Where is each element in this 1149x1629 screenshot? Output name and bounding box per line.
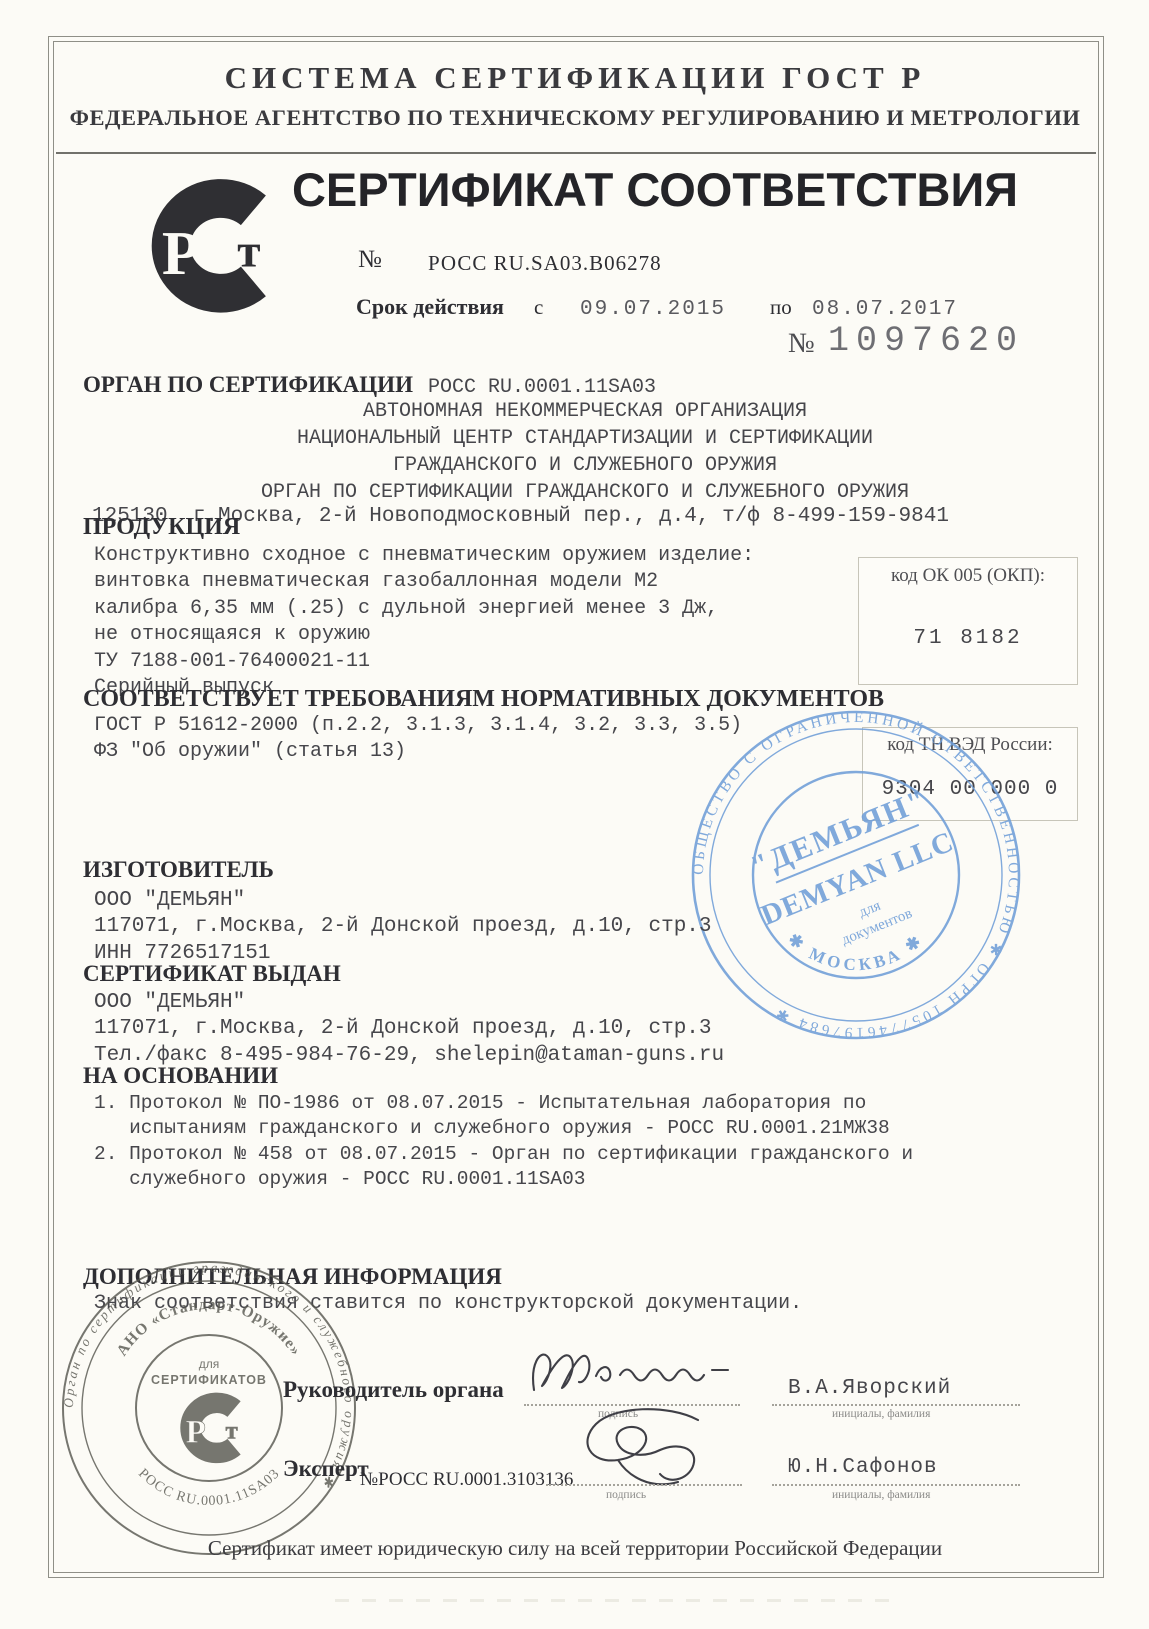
legal-footer: Сертификат имеет юридическую силу на все… — [50, 1536, 1100, 1561]
product-heading: ПРОДУКЦИЯ — [83, 514, 240, 541]
validity-to-word: по — [770, 295, 792, 320]
product-line: винтовка пневматическая газобаллонная мо… — [94, 569, 754, 595]
head-signature-label: Руководитель органа — [283, 1377, 504, 1403]
okp-code: 71 8182 — [859, 627, 1077, 650]
tnved-label: код ТН ВЭД России: — [863, 734, 1077, 756]
org-line: ОРГАН ПО СЕРТИФИКАЦИИ ГРАЖДАНСКОГО И СЛУ… — [85, 481, 1085, 504]
basis-line: 2. Протокол № 458 от 08.07.2015 - Орган … — [94, 1142, 913, 1167]
org-heading: ОРГАН ПО СЕРТИФИКАЦИИ — [83, 372, 413, 398]
form-number-sign: № — [788, 328, 815, 360]
expert-sign-caption: подпись — [606, 1489, 646, 1501]
issued-block: ООО "ДЕМЬЯН" 117071, г.Москва, 2-й Донск… — [94, 990, 724, 1069]
issued-line: 117071, г.Москва, 2-й Донской проезд, д.… — [94, 1016, 724, 1042]
compliance-heading: СООТВЕТСТВУЕТ ТРЕБОВАНИЯМ НОРМАТИВНЫХ ДО… — [83, 686, 884, 713]
head-signature — [528, 1342, 753, 1404]
expert-name: Ю.Н.Сафонов — [788, 1456, 938, 1479]
scan-artifact — [335, 1599, 895, 1602]
basis-line: 1. Протокол № ПО-1986 от 08.07.2015 - Ис… — [94, 1091, 913, 1116]
certificate-scan: { "document": { "system_title": "СИСТЕМА… — [0, 0, 1149, 1629]
validity-date-to: 08.07.2017 — [812, 298, 958, 321]
issued-line: ООО "ДЕМЬЯН" — [94, 990, 724, 1016]
tnved-code-box: код ТН ВЭД России: 9304 00 000 0 — [862, 727, 1078, 821]
certificate-title: СЕРТИФИКАТ СООТВЕТСТВИЯ — [260, 162, 1050, 217]
org-line: ГРАЖДАНСКОГО И СЛУЖЕБНОГО ОРУЖИЯ — [85, 454, 1085, 477]
additional-heading: ДОПОЛНИТЕЛЬНАЯ ИНФОРМАЦИЯ — [83, 1264, 502, 1290]
product-line: калибра 6,35 мм (.25) с дульной энергией… — [94, 596, 754, 622]
validity-date-from: 09.07.2015 — [580, 298, 726, 321]
form-number: 1097620 — [828, 321, 1024, 361]
org-number: РОСС RU.0001.11SA03 — [428, 376, 656, 399]
cert-number: РОСС RU.SA03.B06278 — [428, 251, 662, 276]
org-line: НАЦИОНАЛЬНЫЙ ЦЕНТР СТАНДАРТИЗАЦИИ И СЕРТ… — [85, 427, 1085, 450]
issued-heading: СЕРТИФИКАТ ВЫДАН — [83, 961, 341, 987]
head-name-caption: инициалы, фамилия — [832, 1408, 930, 1420]
manufacturer-line: ООО "ДЕМЬЯН" — [94, 888, 712, 914]
expert-number: №РОСС RU.0001.3103136 — [360, 1469, 573, 1491]
cert-number-sign: № — [358, 246, 382, 274]
product-line: не относящаяся к оружию — [94, 622, 754, 648]
product-description: Конструктивно сходное с пневматическим о… — [94, 543, 754, 701]
manufacturer-block: ООО "ДЕМЬЯН" 117071, г.Москва, 2-й Донск… — [94, 888, 712, 967]
tnved-code: 9304 00 000 0 — [863, 778, 1077, 801]
compliance-line: ГОСТ Р 51612-2000 (п.2.2, 3.1.3, 3.1.4, … — [94, 714, 742, 737]
okp-label: код ОК 005 (ОКП): — [859, 565, 1077, 587]
manufacturer-line: 117071, г.Москва, 2-й Донской проезд, д.… — [94, 914, 712, 940]
header-divider — [56, 152, 1096, 154]
head-name: В.А.Яворский — [788, 1377, 951, 1400]
agency-title: ФЕДЕРАЛЬНОЕ АГЕНТСТВО ПО ТЕХНИЧЕСКОМУ РЕ… — [50, 105, 1100, 131]
basis-heading: НА ОСНОВАНИИ — [83, 1063, 278, 1089]
validity-label: Срок действия — [356, 294, 504, 320]
expert-signature — [548, 1402, 758, 1494]
basis-line: служебного оружия - РОСС RU.0001.11SA03 — [94, 1167, 913, 1192]
validity-from-word: с — [534, 295, 543, 320]
okp-code-box: код ОК 005 (ОКП): 71 8182 — [858, 557, 1078, 685]
product-line: Конструктивно сходное с пневматическим о… — [94, 543, 754, 569]
expert-label: Эксперт — [283, 1456, 369, 1482]
basis-block: 1. Протокол № ПО-1986 от 08.07.2015 - Ис… — [94, 1091, 913, 1193]
product-line: ТУ 7188-001-76400021-11 — [94, 649, 754, 675]
org-line: АВТОНОМНАЯ НЕКОММЕРЧЕСКАЯ ОРГАНИЗАЦИЯ — [85, 400, 1085, 423]
manufacturer-heading: ИЗГОТОВИТЕЛЬ — [83, 857, 274, 883]
basis-line: испытаниям гражданского и служебного ору… — [94, 1116, 913, 1141]
expert-name-line — [772, 1484, 1020, 1486]
head-name-line — [772, 1404, 1020, 1406]
additional-text: Знак соответствия ставится по конструкто… — [94, 1292, 802, 1315]
compliance-line: ФЗ "Об оружии" (статья 13) — [94, 740, 406, 763]
expert-name-caption: инициалы, фамилия — [832, 1489, 930, 1501]
expert-signature-line — [546, 1484, 742, 1486]
system-title: СИСТЕМА СЕРТИФИКАЦИИ ГОСТ Р — [50, 60, 1100, 96]
